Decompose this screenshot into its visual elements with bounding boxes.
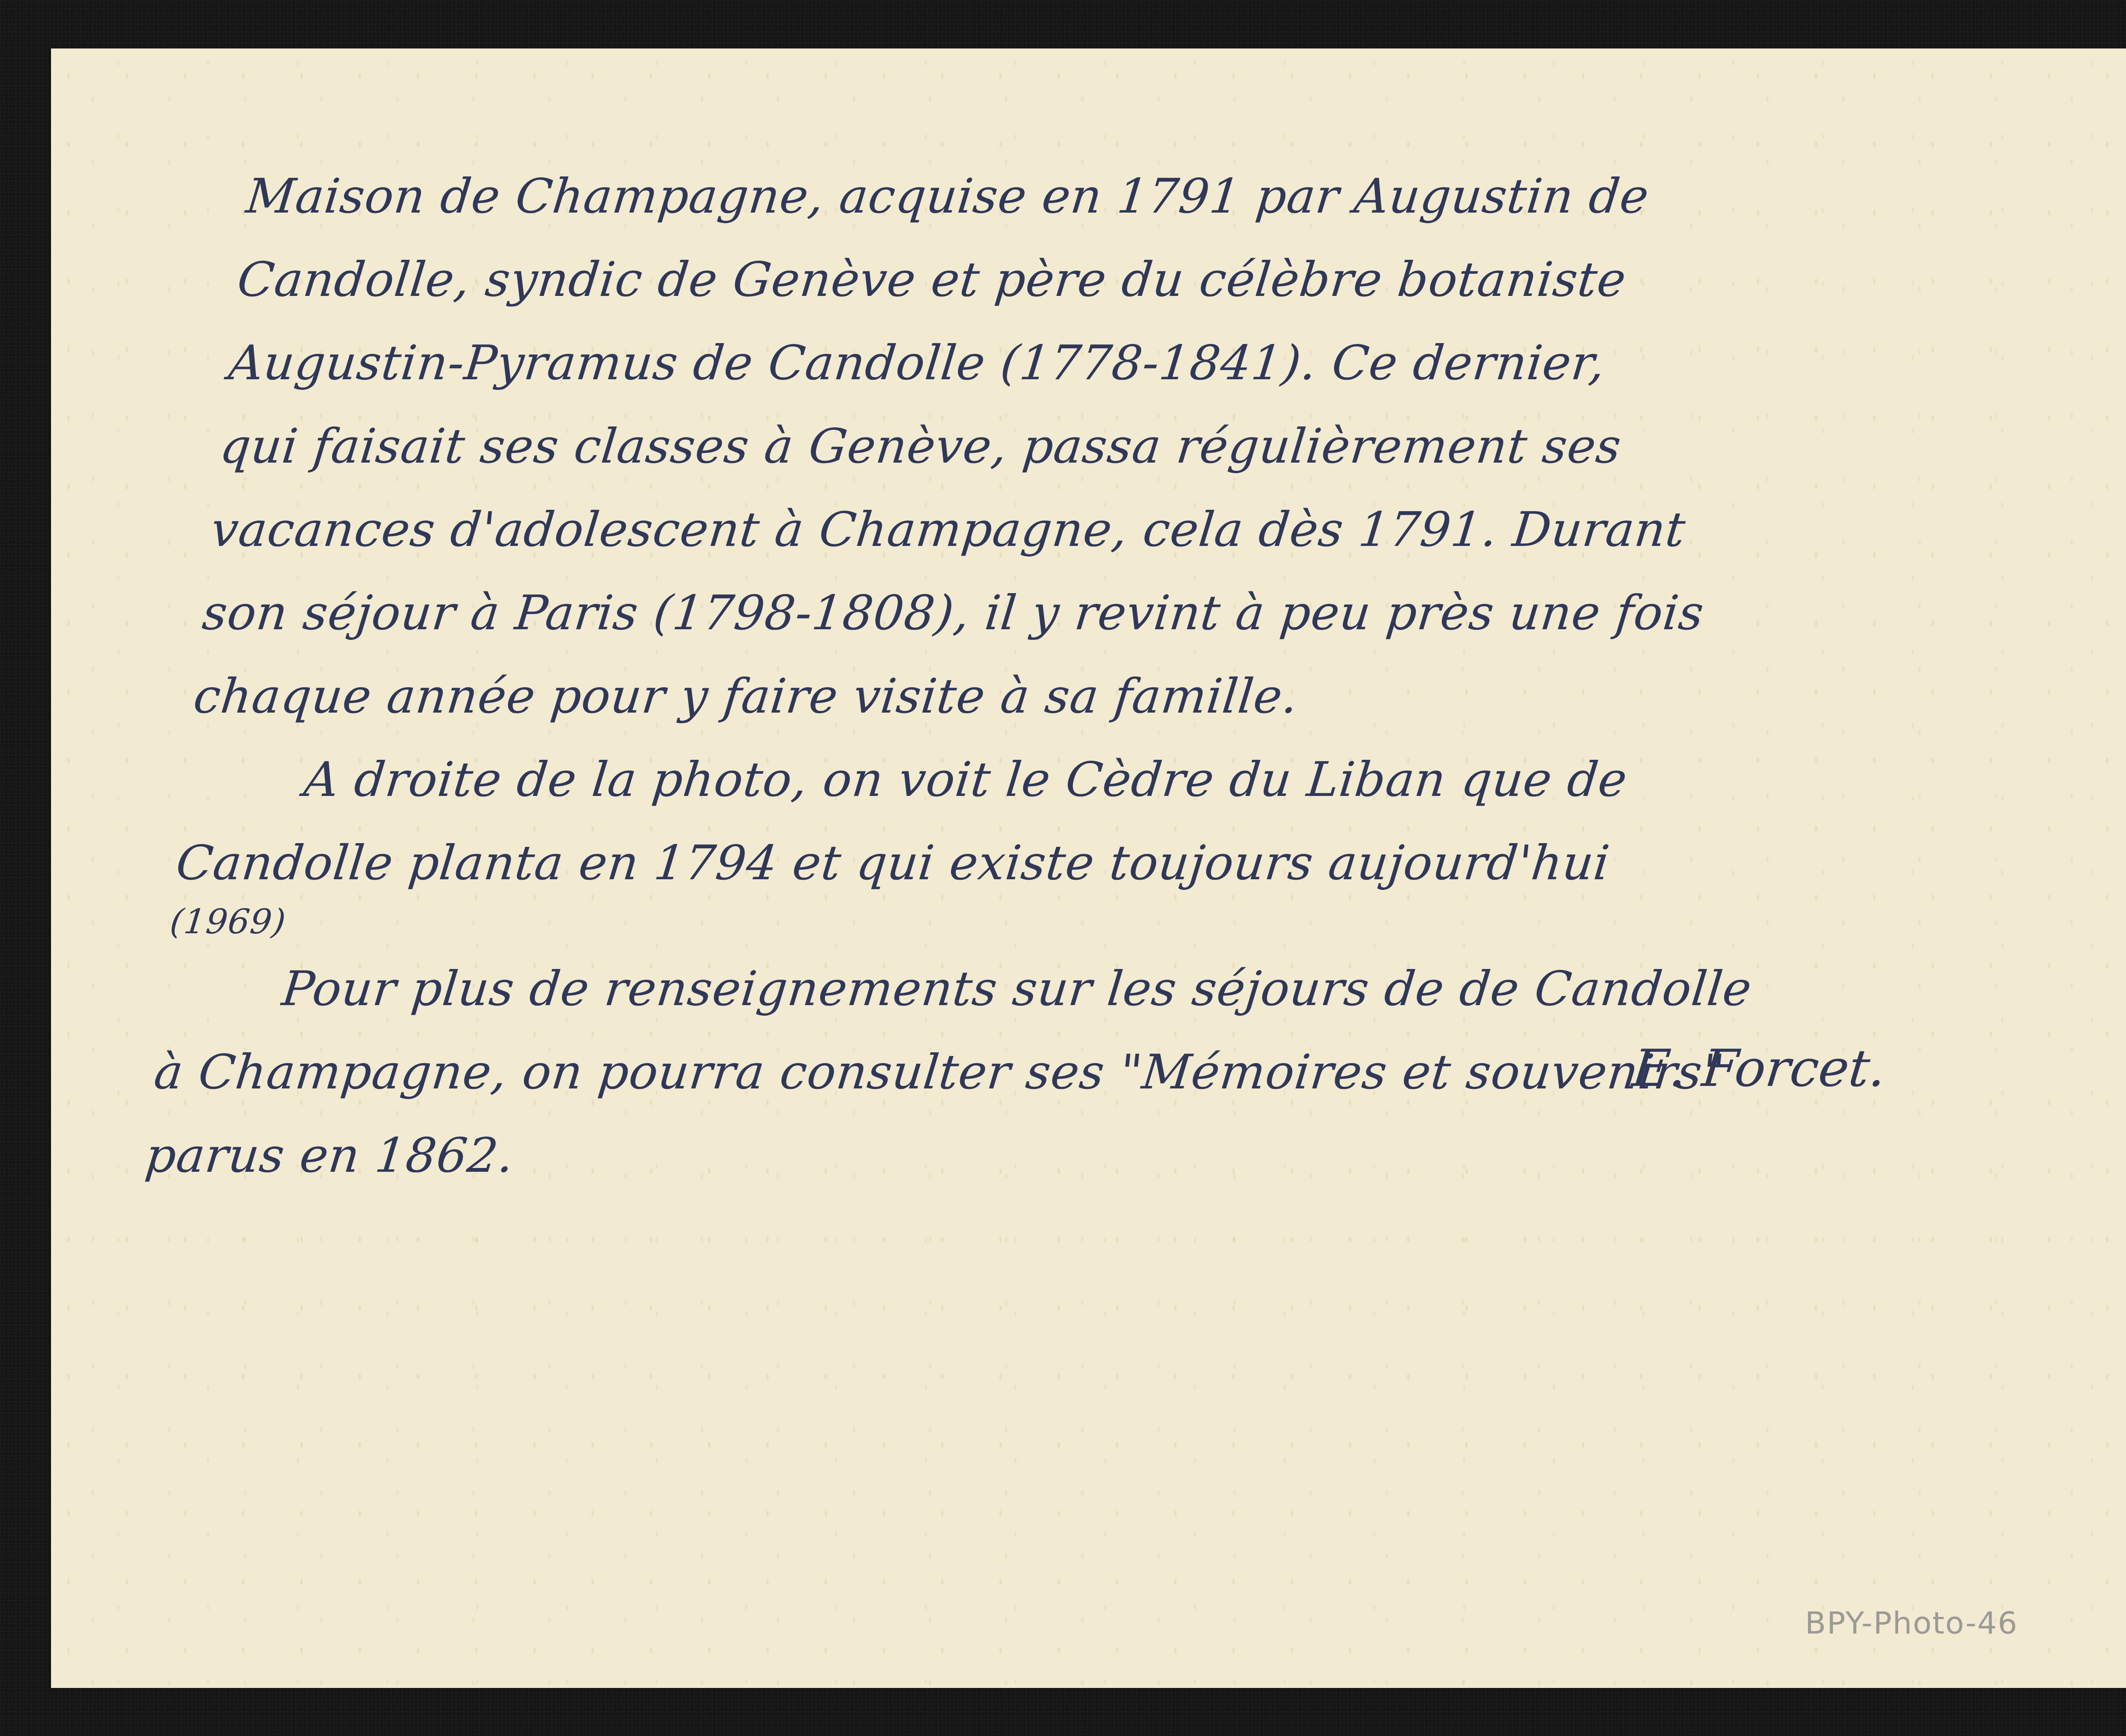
document-card: Maison de Champagne, acquise en 1791 par… (51, 48, 2126, 1688)
text-line: A droite de la photo, on voit le Cèdre d… (181, 738, 2126, 821)
signature: E. Forcet. (1630, 1039, 1889, 1098)
text-line: Candolle planta en 1794 et qui existe to… (172, 821, 2126, 905)
text-line: vacances d'adolescent à Champagne, cela … (207, 488, 2126, 571)
text-line: qui faisait ses classes à Genève, passa … (216, 405, 2126, 488)
text-line: Augustin-Pyramus de Candolle (1778-1841)… (225, 321, 2126, 405)
text-line: Candolle, syndic de Genève et père du cé… (233, 238, 2126, 321)
text-line: Maison de Champagne, acquise en 1791 par… (242, 155, 2126, 238)
text-line: Pour plus de renseignements sur les séjo… (159, 947, 2126, 1031)
text-line: parus en 1862. (141, 1114, 2126, 1197)
text-line: son séjour à Paris (1798-1808), il y rev… (198, 571, 2126, 655)
text-line: chaque année pour y faire visite à sa fa… (190, 655, 2126, 738)
call-number-pencil-mark: BPY-Photo-46 (1805, 1605, 2018, 1641)
